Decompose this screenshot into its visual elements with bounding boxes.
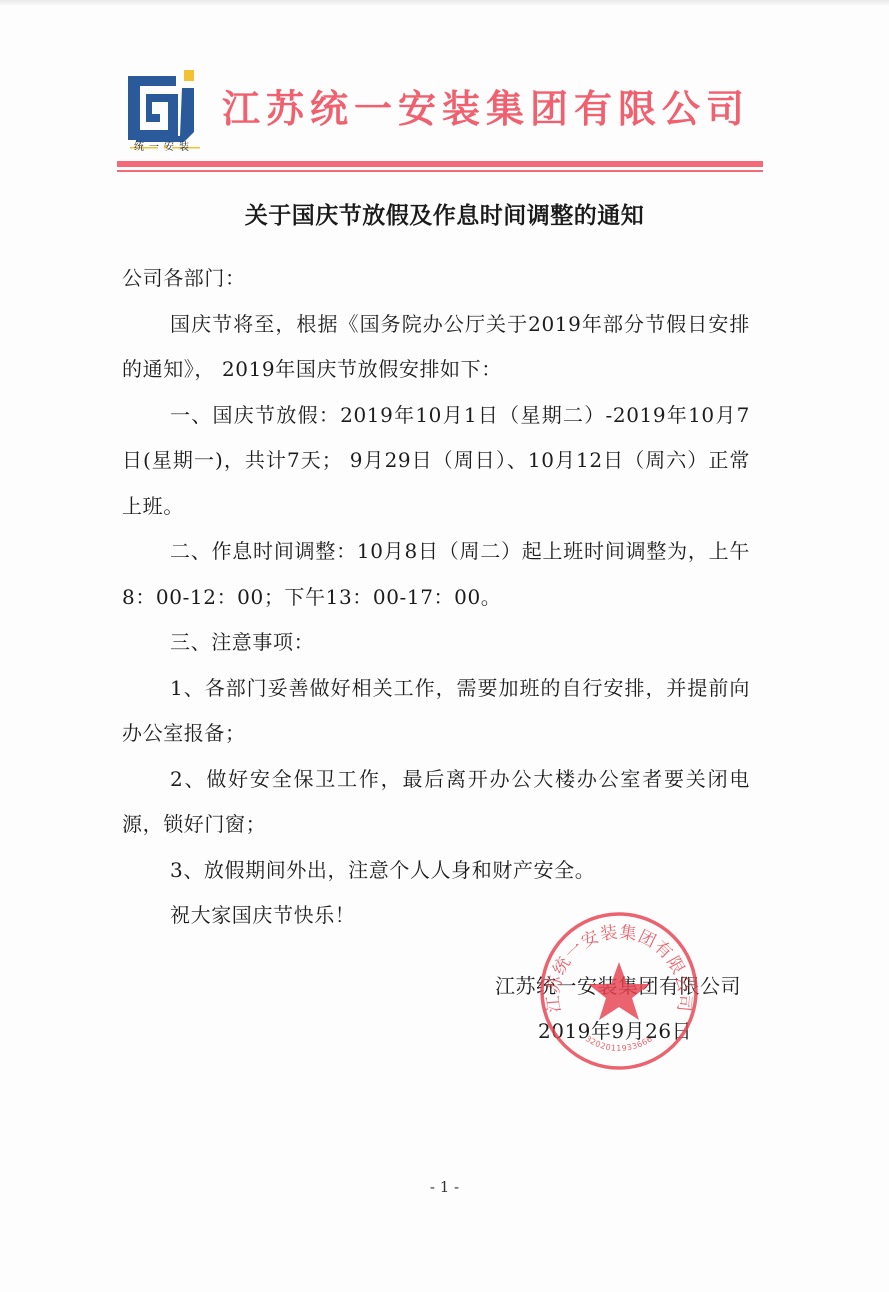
paragraph-schedule: 二、作息时间调整：10月8日（周二）起上班时间调整为，上午8：00-12：00；… xyxy=(122,529,750,620)
paragraph-note-3: 3、放假期间外出，注意个人人身和财产安全。 xyxy=(122,848,750,894)
signature-date: 2019年9月26日 xyxy=(538,1015,692,1044)
page-number: - 1 - xyxy=(0,1178,889,1196)
paragraph-holiday: 一、国庆节放假：2019年10月1日（星期二）-2019年10月7日(星期一)，… xyxy=(122,393,750,530)
paragraph-note-1: 1、各部门妥善做好相关工作，需要加班的自行安排，并提前向办公室报备； xyxy=(122,666,750,757)
paragraph-note-2: 2、做好安全保卫工作，最后离开办公大楼办公室者要关闭电源，锁好门窗； xyxy=(122,757,750,848)
scan-edge-shadow xyxy=(0,0,889,6)
letterhead-rule-thin xyxy=(117,170,763,172)
signature-company: 江苏统一安装集团有限公司 xyxy=(495,970,741,999)
paragraph-notes-heading: 三、注意事项： xyxy=(122,620,750,666)
document-page: 统一安装 江苏统一安装集团有限公司 关于国庆节放假及作息时间调整的通知 公司各部… xyxy=(0,0,889,1292)
logo-caption: 统一安装 xyxy=(124,138,204,153)
letterhead-rule-thick xyxy=(117,161,763,167)
letterhead-company-name: 江苏统一安装集团有限公司 xyxy=(222,78,762,133)
paragraph-closing: 祝大家国庆节快乐！ xyxy=(122,893,750,939)
document-body: 公司各部门： 国庆节将至，根据《国务院办公厅关于2019年部分节假日安排的通知》… xyxy=(122,256,750,939)
document-title: 关于国庆节放假及作息时间调整的通知 xyxy=(0,197,889,230)
paragraph-intro: 国庆节将至，根据《国务院办公厅关于2019年部分节假日安排的通知》， 2019年… xyxy=(122,302,750,393)
salutation: 公司各部门： xyxy=(122,256,750,302)
